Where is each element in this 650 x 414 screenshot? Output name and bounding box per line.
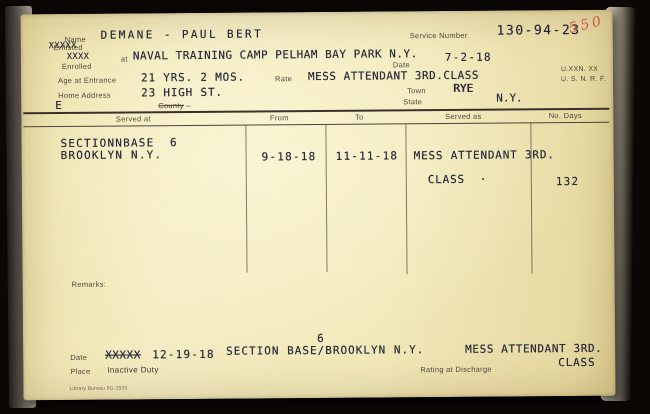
usnrf-value: U. S. N. R. F. bbox=[561, 76, 606, 83]
at-label: at bbox=[121, 55, 128, 63]
home-address-label: Home Address bbox=[58, 92, 111, 100]
photo-background: Name DEMANE - PAUL BERT Service Number 1… bbox=[0, 0, 650, 414]
rating-value-line2: CLASS bbox=[558, 357, 595, 368]
served-at-line2: BROOKLYN N.Y. bbox=[61, 149, 163, 161]
state-value: N.Y. bbox=[496, 92, 523, 103]
enlisted-at-value: NAVAL TRAINING CAMP PELHAM BAY PARK N.Y. bbox=[133, 48, 418, 61]
home-address-value: 23 HIGH ST. bbox=[141, 87, 223, 99]
table-divider-3 bbox=[405, 124, 407, 274]
col-header-no-days: No. Days bbox=[549, 112, 582, 120]
col-header-to: To bbox=[355, 114, 364, 122]
col-header-from: From bbox=[270, 114, 289, 122]
library-bureau-print: Library Bureau 9G-1533 bbox=[69, 386, 127, 392]
age-at-entrance-label: Age at Entrance bbox=[58, 77, 116, 85]
enlisted-label: Enlisted bbox=[54, 44, 83, 52]
discharge-date-label: Date bbox=[70, 354, 87, 362]
date-label: Date bbox=[393, 61, 410, 69]
county-word: County bbox=[158, 101, 184, 110]
no-days-value: 132 bbox=[556, 176, 580, 187]
rating-value-line1: MESS ATTENDANT 3RD. bbox=[465, 343, 602, 355]
town-label: Town bbox=[407, 87, 426, 95]
served-at-line1: SECTIONNBASE 6 bbox=[60, 137, 177, 149]
from-value: 9-18-18 bbox=[262, 151, 317, 162]
service-record-card: Name DEMANE - PAUL BERT Service Number 1… bbox=[20, 10, 615, 401]
six-insert: 6 bbox=[317, 333, 324, 344]
table-top-rule bbox=[23, 108, 609, 115]
county-label: County – bbox=[158, 102, 190, 110]
rate-value: MESS ATTENDANT 3RD.CLASS bbox=[308, 70, 479, 82]
service-number-label: Service Number bbox=[410, 32, 468, 40]
rate-label: Rate bbox=[275, 75, 292, 83]
table-divider-4 bbox=[530, 123, 532, 273]
name-value: DEMANE - PAUL BERT bbox=[101, 28, 263, 40]
discharge-date-value: 12-19-18 bbox=[152, 349, 215, 360]
e-value: E bbox=[55, 100, 62, 111]
enrolled-label: Enrolled bbox=[62, 63, 92, 71]
handwritten-note: 550 bbox=[567, 13, 605, 37]
place-label: Place bbox=[70, 368, 90, 376]
enlisted-line2-strike: XXXX bbox=[67, 53, 90, 62]
served-as-line1: MESS ATTENDANT 3RD. bbox=[414, 149, 555, 161]
to-value: 11-11-18 bbox=[336, 150, 399, 161]
table-divider-2 bbox=[325, 125, 327, 272]
town-value: RYE bbox=[453, 83, 473, 94]
date-value: 7-2-18 bbox=[445, 52, 492, 63]
age-value: 21 YRS. 2 MOS. bbox=[141, 72, 245, 84]
usn-struck-value: U.XXN. XX bbox=[561, 66, 598, 73]
col-header-served-at: Served at bbox=[116, 115, 151, 123]
place-value: Inactive Duty bbox=[107, 365, 159, 374]
rating-at-discharge-label: Rating at Discharge bbox=[420, 366, 492, 374]
discharge-place-typed: SECTION BASE/BROOKLYN N.Y. bbox=[226, 344, 424, 357]
served-as-line2: CLASS · bbox=[428, 174, 487, 185]
discharge-date-struck: XXXXX bbox=[105, 349, 141, 360]
col-header-served-as: Served as bbox=[445, 113, 482, 121]
table-header-rule bbox=[23, 122, 609, 128]
state-label: State bbox=[403, 98, 422, 106]
remarks-label: Remarks: bbox=[72, 281, 107, 289]
table-divider-1 bbox=[245, 126, 247, 273]
county-dash: – bbox=[184, 101, 191, 110]
